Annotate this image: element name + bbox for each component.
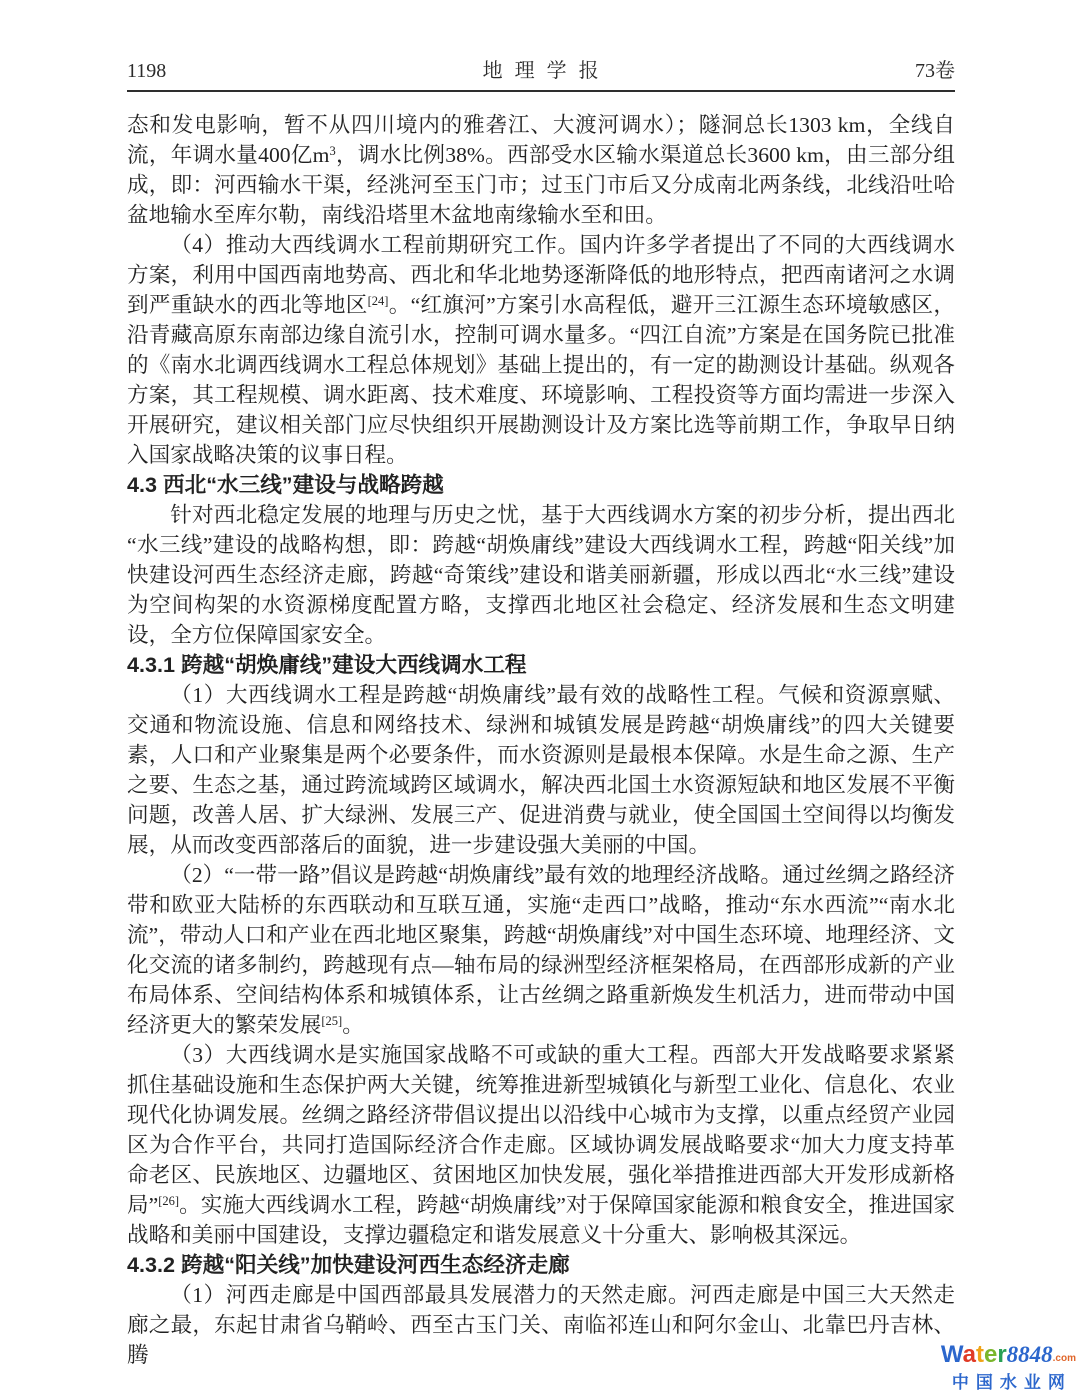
article-body: 态和发电影响，暂不从四川境内的雅砻江、大渡河调水）；隧洞总长1303 km，全线… [127,110,955,1370]
watermark-brand-letter: W [941,1341,963,1368]
watermark-number: 8848 [1007,1342,1053,1367]
running-head: 1198 地理学报 73卷 [127,54,955,90]
superscript-reference: 3 [329,144,335,158]
watermark-brand-text: Water [941,1341,1007,1368]
journal-title: 地理学报 [483,54,611,83]
watermark-brand-letter: a [963,1341,976,1368]
volume-label: 73卷 [915,54,955,83]
watermark-brand-line: Water8848.com [941,1343,1076,1371]
watermark-brand-letter: e [984,1341,997,1368]
watermark-tld: .com [1053,1353,1076,1364]
journal-page: 1198 地理学报 73卷 态和发电影响，暂不从四川境内的雅砻江、大渡河调水）；… [0,0,1080,1396]
page-number: 1198 [127,60,166,83]
superscript-reference: [25] [321,1014,342,1028]
section-heading: 4.3 西北“水三线”建设与战略跨越 [127,470,955,500]
paragraph: 态和发电影响，暂不从四川境内的雅砻江、大渡河调水）；隧洞总长1303 km，全线… [127,110,955,230]
paragraph: （1）河西走廊是中国西部最具发展潜力的天然走廊。河西走廊是中国三大天然走廊之最，… [127,1280,955,1370]
watermark-brand-letter: t [976,1341,984,1368]
watermark-site-name: 中国水业网 [941,1373,1080,1393]
section-heading: 4.3.2 跨越“阳关线”加快建设河西生态经济走廊 [127,1250,955,1280]
paragraph: 针对西北稳定发展的地理与历史之忧，基于大西线调水方案的初步分析，提出西北“水三线… [127,500,955,650]
watermark-brand-letter: r [997,1341,1006,1368]
page-content: 1198 地理学报 73卷 态和发电影响，暂不从四川境内的雅砻江、大渡河调水）；… [127,54,955,1370]
paragraph: （1）大西线调水工程是跨越“胡焕庸线”最有效的战略性工程。气候和资源禀赋、交通和… [127,680,955,860]
paragraph: （2）“一带一路”倡议是跨越“胡焕庸线”最有效的地理经济战略。通过丝绸之路经济带… [127,860,955,1040]
paragraph: （4）推动大西线调水工程前期研究工作。国内许多学者提出了不同的大西线调水方案，利… [127,230,955,470]
watermark-logo: Water8848.com 中国水业网 [941,1343,1076,1393]
superscript-reference: [26] [158,1194,179,1208]
header-rule [127,90,955,92]
superscript-reference: [24] [368,294,389,308]
paragraph: （3）大西线调水是实施国家战略不可或缺的重大工程。西部大开发战略要求紧紧抓住基础… [127,1040,955,1250]
section-heading: 4.3.1 跨越“胡焕庸线”建设大西线调水工程 [127,650,955,680]
